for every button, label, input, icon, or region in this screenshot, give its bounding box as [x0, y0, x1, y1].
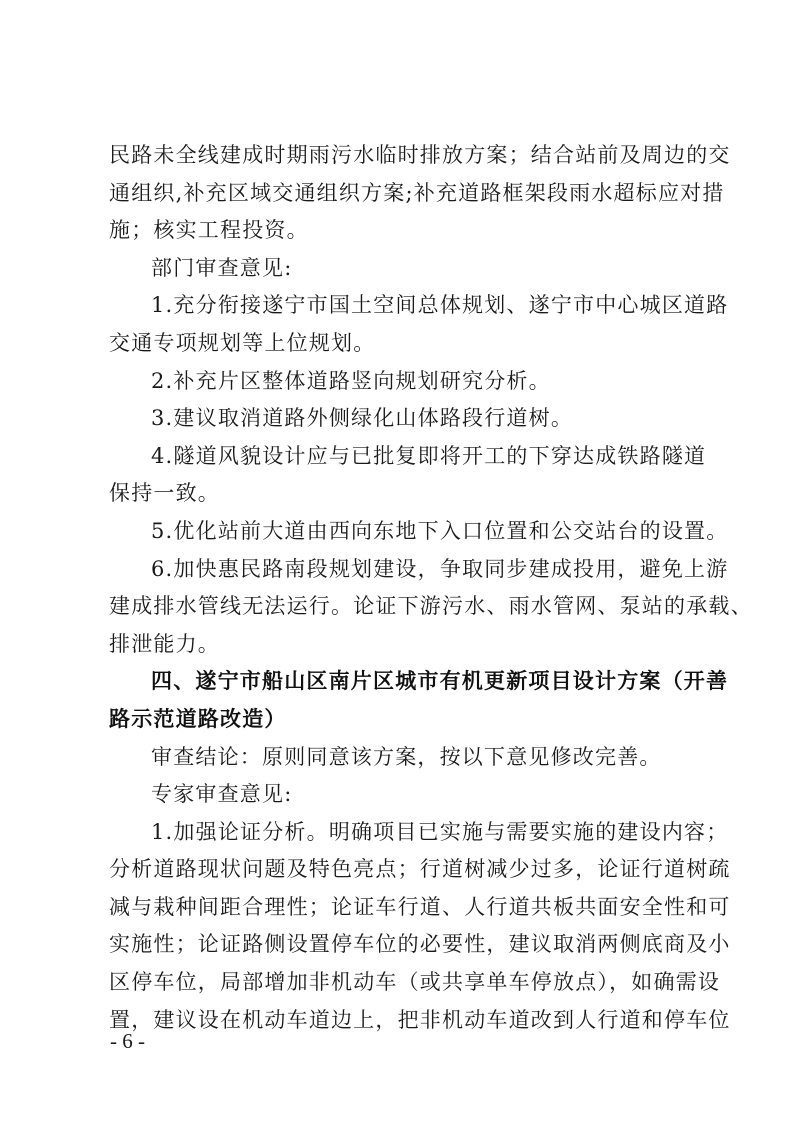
expert-item-1-cont-4: 区停车位，局部增加非机动车（或共享单车停放点），如确需设 [109, 964, 687, 1002]
expert-item-1-cont-1: 分析道路现状问题及特色亮点；行道树减少过多，论证行道树疏 [109, 851, 687, 889]
section-label-department-review: 部门审查意见: [109, 250, 687, 288]
dept-item-6-cont-2: 排泄能力。 [109, 626, 687, 664]
section-label-expert-review: 专家审查意见: [109, 776, 687, 814]
text-line-3: 施；核实工程投资。 [109, 212, 687, 250]
dept-item-2: 2.补充片区整体道路竖向规划研究分析。 [109, 363, 687, 401]
text-line-2: 通组织,补充区域交通组织方案;补充道路框架段雨水超标应对措 [109, 175, 687, 213]
dept-item-3: 3.建议取消道路外侧绿化山体路段行道树。 [109, 400, 687, 438]
dept-item-4: 4.隧道风貌设计应与已批复即将开工的下穿达成铁路隧道 [109, 438, 687, 476]
dept-item-5: 5.优化站前大道由西向东地下入口位置和公交站台的设置。 [109, 513, 687, 551]
dept-item-4-cont: 保持一致。 [109, 475, 687, 513]
dept-item-1: 1.充分衔接遂宁市国土空间总体规划、遂宁市中心城区道路 [109, 287, 687, 325]
text-line-1: 民路未全线建成时期雨污水临时排放方案；结合站前及周边的交 [109, 137, 687, 175]
expert-item-1-cont-5: 置，建议设在机动车道边上，把非机动车道改到人行道和停车位 [109, 1002, 687, 1040]
expert-item-1-cont-2: 减与栽种间距合理性；论证车行道、人行道共板共面安全性和可 [109, 889, 687, 927]
dept-item-6-cont: 建成排水管线无法运行。论证下游污水、雨水管网、泵站的承载、 [109, 588, 687, 626]
dept-item-1-cont: 交通专项规划等上位规划。 [109, 325, 687, 363]
expert-item-1: 1.加强论证分析。明确项目已实施与需要实施的建设内容； [109, 814, 687, 852]
expert-item-1-cont-3: 实施性；论证路侧设置停车位的必要性，建议取消两侧底商及小 [109, 926, 687, 964]
page-number: - 6 - [110, 1029, 145, 1054]
section-heading-4-cont: 路示范道路改造） [109, 701, 687, 739]
dept-item-6: 6.加快惠民路南段规划建设，争取同步建成投用，避免上游 [109, 551, 687, 589]
section-heading-4: 四、遂宁市船山区南片区城市有机更新项目设计方案（开善 [109, 663, 687, 701]
document-body: 民路未全线建成时期雨污水临时排放方案；结合站前及周边的交 通组织,补充区域交通组… [109, 137, 687, 1039]
review-conclusion: 审查结论：原则同意该方案，按以下意见修改完善。 [109, 739, 687, 777]
